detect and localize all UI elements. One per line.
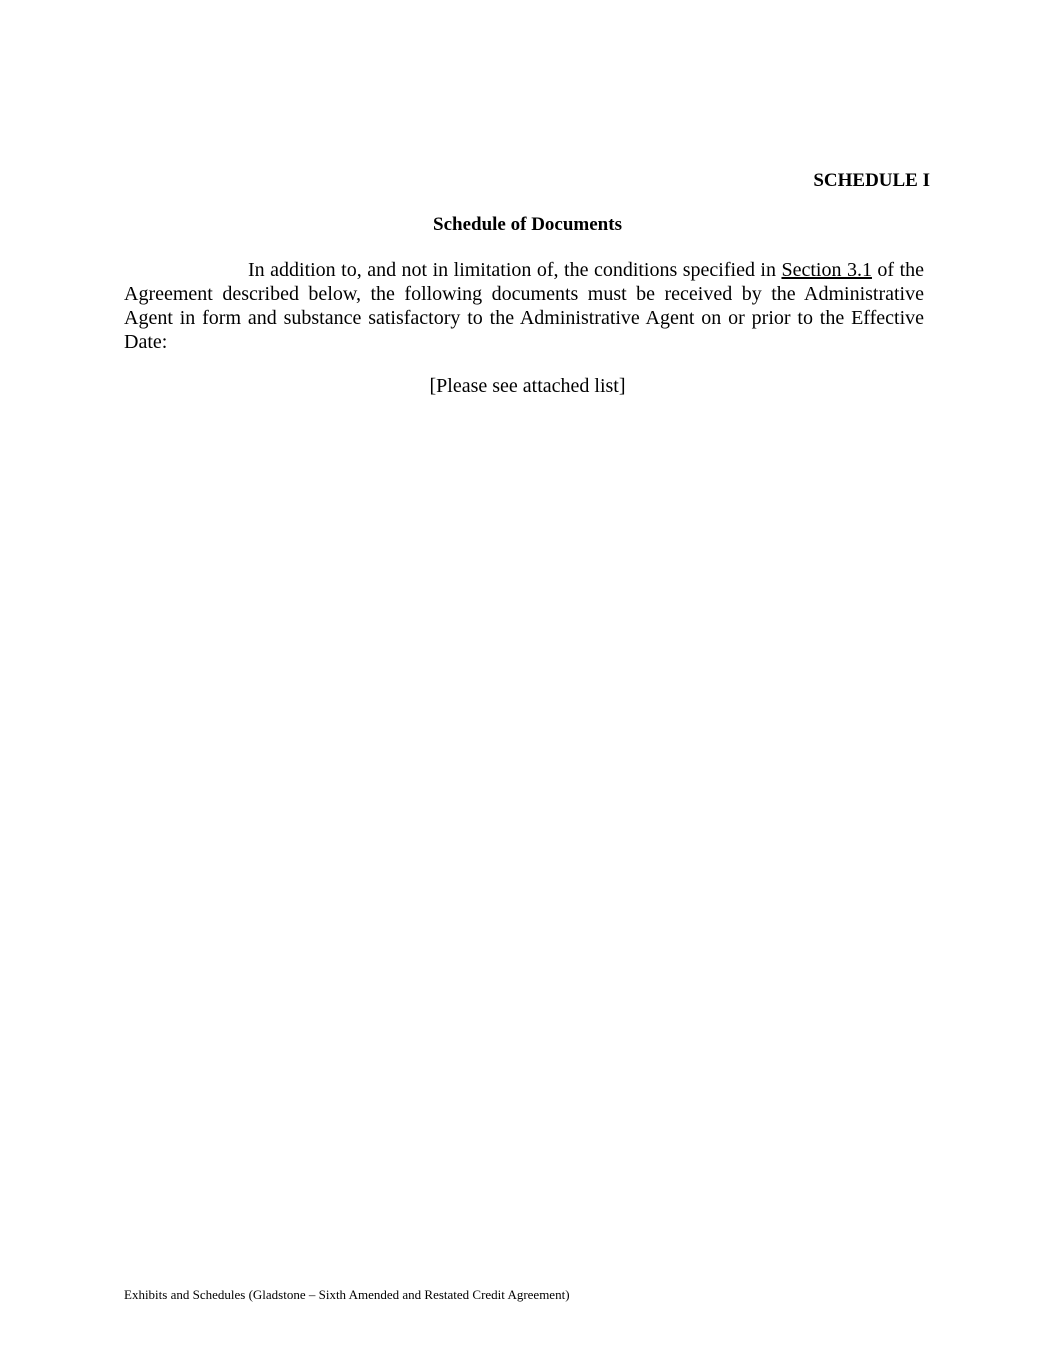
section-reference: Section 3.1 [781, 259, 871, 281]
paragraph-text-before: In addition to, and not in limitation of… [248, 259, 781, 281]
intro-paragraph: In addition to, and not in limitation of… [124, 258, 924, 354]
schedule-title: Schedule of Documents [0, 214, 1055, 236]
attached-list-note: [Please see attached list] [0, 374, 1055, 398]
page-footer: Exhibits and Schedules (Gladstone – Sixt… [124, 1287, 570, 1303]
schedule-number-heading: SCHEDULE I [813, 170, 930, 192]
